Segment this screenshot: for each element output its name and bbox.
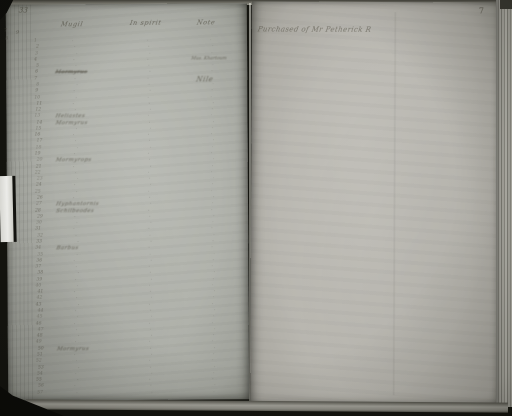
ditto-mark: ·: [212, 44, 214, 50]
ditto-mark: ·: [148, 245, 150, 251]
row-number: 3: [35, 51, 38, 56]
ditto-mark: ·: [73, 57, 75, 63]
register-row: 51···: [8, 351, 249, 358]
ditto-mark: ·: [210, 37, 212, 43]
ditto-mark: ·: [74, 151, 76, 157]
ditto-mark: ·: [75, 264, 77, 270]
row-number: 53: [38, 365, 44, 370]
column-header-in-spirit: In spirit: [129, 19, 162, 27]
ditto-mark: ·: [213, 370, 215, 376]
register-row: 1···: [6, 37, 247, 44]
column-header-name: Mugil: [60, 20, 84, 28]
ditto-mark: ·: [211, 245, 213, 251]
ditto-mark: ·: [72, 101, 74, 107]
register-row: 33···: [7, 238, 248, 245]
row-number: 42: [37, 296, 43, 301]
margin-mark: 9: [16, 30, 19, 36]
ditto-mark: ·: [74, 76, 76, 82]
ditto-mark: ·: [214, 307, 216, 313]
ditto-mark: ·: [212, 339, 214, 345]
ditto-mark: ·: [150, 182, 152, 188]
ditto-mark: ·: [210, 94, 212, 100]
ditto-mark: ·: [149, 195, 151, 201]
row-number: 41: [38, 290, 44, 295]
ditto-mark: ·: [74, 183, 76, 189]
ditto-mark: ·: [77, 176, 79, 182]
ditto-mark: ·: [151, 390, 153, 396]
ditto-mark: ·: [73, 195, 75, 201]
row-number: 43: [36, 302, 42, 307]
row-number: 12: [35, 108, 41, 113]
ditto-mark: ·: [211, 264, 213, 270]
ditto-mark: ·: [150, 308, 152, 314]
ditto-mark: ·: [73, 89, 75, 95]
row-number: 21: [36, 164, 42, 169]
ditto-mark: ·: [75, 308, 77, 314]
ditto-mark: ·: [211, 282, 213, 288]
ditto-mark: ·: [212, 100, 214, 106]
ditto-mark: ·: [148, 82, 150, 88]
ditto-mark: ·: [212, 182, 214, 188]
row-number: 2: [36, 45, 39, 50]
column-header-note: Note: [196, 18, 216, 26]
ditto-mark: ·: [213, 270, 215, 276]
ditto-mark: ·: [76, 189, 78, 195]
ditto-mark: ·: [212, 119, 214, 125]
left-folio-number: 33: [18, 7, 28, 15]
ditto-mark: ·: [151, 314, 153, 320]
register-row: 37···: [7, 263, 248, 270]
ditto-mark: ·: [149, 214, 151, 220]
ditto-mark: ·: [74, 214, 76, 220]
ditto-mark: ·: [75, 139, 77, 145]
ditto-mark: ·: [212, 125, 214, 131]
row-number: 1: [34, 39, 37, 44]
ditto-mark: ·: [150, 327, 152, 333]
register-row: 43···: [8, 301, 249, 308]
ditto-mark: ·: [74, 107, 76, 113]
row-number: 38: [37, 271, 43, 276]
ditto-mark: ·: [151, 371, 153, 377]
register-row: 29···: [7, 213, 248, 220]
register-row: 12···: [6, 106, 247, 113]
register-row: 7··Nile: [6, 75, 247, 82]
ditto-mark: ·: [212, 220, 214, 226]
specimen-name: Mormyrus: [56, 346, 89, 352]
ditto-mark: ·: [213, 213, 215, 219]
register-row: 27Hyphantornis··: [7, 201, 248, 208]
left-page: 33 Mugil In spirit Note 798 1···2···3···…: [6, 3, 249, 400]
row-number: 28: [35, 208, 41, 213]
ditto-mark: ·: [150, 201, 152, 207]
register-row: 31···: [7, 226, 248, 233]
ditto-mark: ·: [149, 233, 151, 239]
ditto-mark: ·: [149, 320, 151, 326]
right-folio-number: 7: [479, 6, 484, 15]
ditto-mark: ·: [149, 251, 151, 257]
ditto-mark: ·: [76, 126, 78, 132]
register-row: 17···: [7, 138, 248, 145]
ditto-mark: ·: [149, 69, 151, 75]
ditto-mark: ·: [212, 377, 214, 383]
ditto-mark: ·: [150, 163, 152, 169]
ditto-mark: ·: [75, 63, 77, 69]
register-row: 50Mormyrus··: [8, 345, 249, 352]
ditto-mark: ·: [150, 276, 152, 282]
ditto-mark: ·: [76, 283, 78, 289]
ditto-mark: ·: [213, 232, 215, 238]
ditto-mark: ·: [212, 201, 214, 207]
row-number: 23: [37, 177, 43, 182]
register-row: 34Barbus··: [7, 244, 248, 251]
ditto-mark: ·: [149, 88, 151, 94]
ditto-mark: ·: [148, 151, 150, 157]
register-row: 5···: [6, 62, 247, 69]
ditto-mark: ·: [148, 101, 150, 107]
ditto-mark: ·: [150, 346, 152, 352]
row-number: 19: [35, 152, 41, 157]
ditto-mark: ·: [75, 95, 77, 101]
row-number: 40: [35, 283, 41, 288]
row-number: 39: [36, 277, 42, 282]
specimen-name: Hyphantornis: [55, 201, 99, 207]
ditto-mark: ·: [211, 169, 213, 175]
row-number: 8: [36, 82, 39, 87]
ditto-mark: ·: [149, 176, 151, 182]
ditto-mark: ·: [148, 207, 150, 213]
page-edge-stack-right: [496, 0, 512, 407]
specimen-name: Heliastes: [55, 114, 86, 120]
ditto-mark: ·: [212, 144, 214, 150]
top-right-corner-shadow: [500, 0, 512, 9]
ditto-mark: ·: [76, 359, 78, 365]
margin-mark: 7: [4, 28, 7, 34]
ditto-mark: ·: [210, 113, 212, 119]
row-number: 51: [37, 353, 43, 358]
ditto-mark: ·: [150, 364, 152, 370]
register-row: 30···: [7, 219, 248, 226]
note-entry: Mus. Khartoum: [191, 56, 227, 61]
register-row: 49···: [8, 339, 249, 346]
ditto-mark: ·: [213, 351, 215, 357]
register-row: 4··Mus. Khartoum: [6, 56, 247, 63]
register-row: 21···: [7, 163, 248, 170]
ditto-mark: ·: [213, 157, 215, 163]
register-row: 14Mormyrus··: [6, 119, 247, 126]
register-row: 15···: [7, 125, 248, 132]
register-row: 56···: [8, 383, 249, 390]
row-number: 18: [36, 145, 42, 150]
register-row: 11···: [6, 100, 247, 107]
row-number: 49: [36, 340, 42, 345]
ditto-mark: ·: [214, 364, 216, 370]
ditto-mark: ·: [214, 345, 216, 351]
ditto-mark: ·: [150, 220, 152, 226]
register-row: 2···: [6, 44, 247, 51]
ditto-mark: ·: [76, 252, 78, 258]
row-number: 6: [35, 70, 38, 75]
ditto-mark: ·: [212, 81, 214, 87]
register-row: 45···: [8, 314, 249, 321]
ditto-mark: ·: [150, 258, 152, 264]
ditto-mark: ·: [76, 51, 78, 57]
row-number: 46: [36, 321, 42, 326]
ditto-mark: ·: [213, 138, 215, 144]
ditto-mark: ·: [147, 94, 149, 100]
register-row: 39···: [7, 276, 248, 283]
ditto-mark: ·: [149, 157, 151, 163]
row-number: 32: [37, 233, 43, 238]
ditto-mark: ·: [211, 188, 213, 194]
register-row: 42···: [8, 295, 249, 302]
ditto-mark: ·: [74, 352, 76, 358]
ditto-mark: ·: [211, 132, 213, 138]
register-row: 28Schilbeodes··: [7, 207, 248, 214]
register-row: 52···: [8, 358, 249, 365]
register-row: 57···: [8, 389, 249, 396]
ditto-mark: ·: [148, 119, 150, 125]
ditto-mark: ·: [211, 151, 213, 157]
register-row: 20Mormyrops··: [7, 157, 248, 164]
register-row: 23···: [7, 175, 248, 182]
ditto-mark: ·: [76, 220, 78, 226]
ditto-mark: ·: [211, 207, 213, 213]
register-row: 38···: [7, 270, 248, 277]
ditto-mark: ·: [74, 290, 76, 296]
ditto-mark: ·: [149, 302, 151, 308]
row-number: 44: [38, 309, 44, 314]
ditto-mark: ·: [212, 163, 214, 169]
scanned-ledger-photo: 33 Mugil In spirit Note 798 1···2···3···…: [0, 0, 512, 416]
row-number: 7: [34, 76, 37, 81]
ditto-mark: ·: [149, 270, 151, 276]
row-number: 14: [36, 120, 42, 125]
register-row: 47···: [8, 326, 249, 333]
ditto-mark: ·: [151, 333, 153, 339]
row-number: 54: [37, 371, 43, 376]
ditto-mark: ·: [148, 264, 150, 270]
row-number: 4: [34, 57, 37, 62]
row-number: 5: [36, 64, 39, 69]
ditto-mark: ·: [213, 314, 215, 320]
ditto-mark: ·: [212, 358, 214, 364]
ditto-mark: ·: [212, 257, 214, 263]
ditto-mark: ·: [213, 251, 215, 257]
register-row: 19···: [7, 150, 248, 157]
ditto-mark: ·: [78, 333, 80, 339]
margin-mark: 8: [5, 36, 8, 42]
register-row: 44···: [8, 307, 249, 314]
ditto-mark: ·: [147, 38, 149, 44]
register-row: 40···: [7, 282, 248, 289]
ditto-mark: ·: [75, 371, 77, 377]
ditto-mark: ·: [214, 383, 216, 389]
ditto-mark: ·: [149, 138, 151, 144]
ditto-mark: ·: [213, 194, 215, 200]
ditto-mark: ·: [148, 63, 150, 69]
register-row: 36···: [7, 257, 248, 264]
row-number: 34: [35, 246, 41, 251]
ditto-mark: ·: [76, 296, 78, 302]
ditto-mark: ·: [149, 50, 151, 56]
register-row: 18···: [7, 144, 248, 151]
ditto-mark: ·: [211, 226, 213, 232]
row-number: 56: [38, 384, 44, 389]
ditto-mark: ·: [77, 145, 79, 151]
ditto-mark: ·: [214, 326, 216, 332]
row-number: 55: [36, 378, 42, 383]
row-number: 16: [35, 133, 41, 138]
ditto-mark: ·: [149, 107, 151, 113]
ditto-mark: ·: [211, 69, 213, 75]
register-row: 41···: [8, 288, 249, 295]
row-number: 25: [35, 189, 41, 194]
ditto-mark: ·: [148, 44, 150, 50]
row-number: 47: [38, 327, 44, 332]
ditto-mark: ·: [77, 271, 79, 277]
ditto-mark: ·: [149, 377, 151, 383]
ditto-mark: ·: [212, 301, 214, 307]
ditto-mark: ·: [212, 63, 214, 69]
register-row: 13Heliastes··: [6, 113, 247, 120]
ditto-mark: ·: [147, 57, 149, 63]
ditto-mark: ·: [213, 333, 215, 339]
row-number: 10: [34, 95, 40, 100]
row-number: 13: [34, 114, 40, 119]
ditto-mark: ·: [150, 145, 152, 151]
register-row: 55···: [8, 376, 249, 383]
ditto-mark: ·: [73, 133, 75, 139]
ditto-mark: ·: [73, 258, 75, 264]
row-number: 50: [38, 346, 44, 351]
ditto-mark: ·: [214, 289, 216, 295]
row-number: 24: [36, 183, 42, 188]
right-page: 7 Purchased of Mr Petherick R: [250, 1, 499, 405]
ditto-mark: ·: [73, 164, 75, 170]
row-number: 48: [37, 334, 43, 339]
register-row: 16···: [7, 131, 248, 138]
ditto-mark: ·: [75, 170, 77, 176]
row-number: 17: [37, 139, 43, 144]
row-number: 57: [37, 390, 43, 395]
row-number: 37: [35, 265, 41, 270]
register-row: 53···: [8, 364, 249, 371]
ditto-mark: ·: [147, 113, 149, 119]
ditto-mark: ·: [76, 327, 78, 333]
register-row: 26···: [7, 194, 248, 201]
row-number: 27: [36, 202, 42, 207]
register-row: 24···: [7, 182, 248, 189]
ditto-mark: ·: [74, 321, 76, 327]
register-row: 8···: [6, 81, 247, 88]
specimen-name: Mormyrops: [55, 158, 92, 164]
ditto-mark: ·: [78, 302, 80, 308]
page-edge-stack-bottom: [26, 399, 508, 412]
ditto-mark: ·: [74, 277, 76, 283]
ditto-mark: ·: [213, 295, 215, 301]
specimen-name: Barbus: [56, 246, 79, 252]
register-row: 6Mormyrus··: [6, 69, 247, 76]
row-number: 35: [37, 252, 43, 257]
row-number: 31: [35, 227, 41, 232]
row-number: 33: [36, 239, 42, 244]
ditto-mark: ·: [77, 315, 79, 321]
ditto-mark: ·: [149, 358, 151, 364]
ditto-mark: ·: [150, 383, 152, 389]
ditto-mark: ·: [148, 226, 150, 232]
row-number: 36: [36, 258, 42, 263]
register-row: 54···: [8, 370, 249, 377]
register-row: 48···: [8, 332, 249, 339]
register-row: 35···: [7, 251, 248, 258]
note-entry: Nile: [196, 75, 215, 83]
ditto-mark: ·: [75, 233, 77, 239]
ditto-mark: ·: [73, 227, 75, 233]
ditto-mark: ·: [150, 126, 152, 132]
ditto-mark: ·: [149, 339, 151, 345]
specimen-name: Schilbeodes: [55, 208, 94, 214]
register-row: 46···: [8, 320, 249, 327]
row-number: 20: [37, 158, 43, 163]
row-number: 15: [36, 126, 42, 131]
row-number: 52: [36, 359, 42, 364]
row-number: 9: [35, 89, 38, 94]
specimen-name: Mormyrus: [55, 70, 88, 76]
ditto-mark: ·: [211, 50, 213, 56]
row-number: 45: [37, 315, 43, 320]
ditto-mark: ·: [148, 132, 150, 138]
ditto-mark: ·: [212, 276, 214, 282]
row-number: 11: [36, 101, 42, 106]
ditto-mark: ·: [74, 45, 76, 51]
ditto-mark: ·: [150, 289, 152, 295]
ditto-mark: ·: [74, 384, 76, 390]
ditto-mark: ·: [76, 390, 78, 396]
ditto-mark: ·: [211, 88, 213, 94]
ditto-mark: ·: [150, 239, 152, 245]
ditto-mark: ·: [212, 238, 214, 244]
register-row: 32···: [7, 232, 248, 239]
ditto-mark: ·: [148, 283, 150, 289]
row-number: 29: [37, 214, 43, 219]
ditto-mark: ·: [147, 76, 149, 82]
ditto-mark: ·: [76, 82, 78, 88]
ditto-mark: ·: [212, 320, 214, 326]
ditto-mark: ·: [77, 239, 79, 245]
ditto-mark: ·: [72, 38, 74, 44]
register-row: 10···: [6, 94, 247, 101]
register-row: 25···: [7, 188, 248, 195]
register-row: 3···: [6, 50, 247, 57]
right-page-heading: Purchased of Mr Petherick R: [257, 25, 372, 33]
ditto-mark: ·: [77, 377, 79, 383]
ditto-mark: ·: [213, 176, 215, 182]
row-number: 26: [37, 196, 43, 201]
row-number: 30: [36, 221, 42, 226]
ditto-mark: ·: [78, 365, 80, 371]
ditto-mark: ·: [75, 340, 77, 346]
register-row: 22···: [7, 169, 248, 176]
row-number: 22: [35, 170, 41, 175]
ditto-mark: ·: [213, 389, 215, 395]
register-row: 9···: [6, 88, 247, 95]
ditto-mark: ·: [148, 170, 150, 176]
white-slip-bookmark: [0, 176, 17, 242]
ditto-mark: ·: [151, 352, 153, 358]
ditto-mark: ·: [211, 107, 213, 113]
ditto-mark: ·: [151, 295, 153, 301]
ditto-mark: ·: [148, 189, 150, 195]
